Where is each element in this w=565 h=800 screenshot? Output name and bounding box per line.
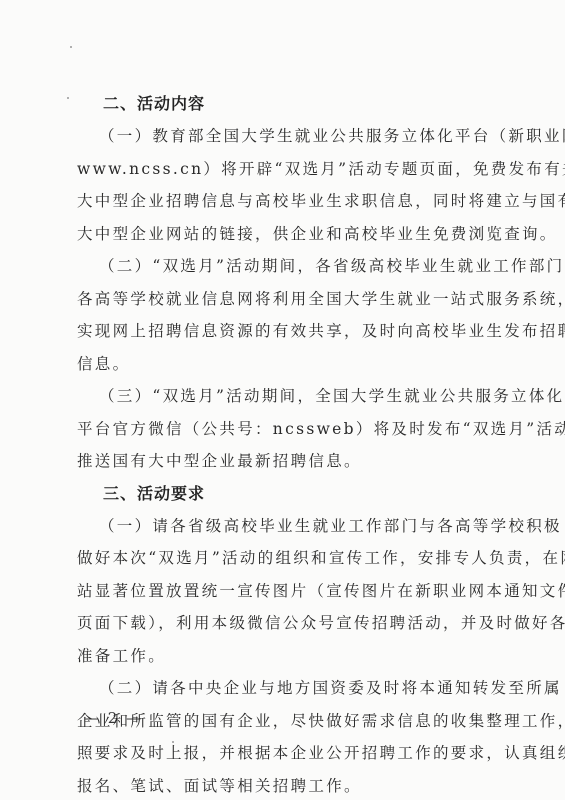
text-line: 大中型企业网站的链接，供企业和高校毕业生免费浏览查询。	[77, 218, 492, 251]
text-line: 准备工作。	[77, 640, 492, 673]
scan-speck	[172, 741, 174, 743]
paragraph-activity-content-1: （一）教育部全国大学生就业公共服务立体化平台（新职业网 www.ncss.cn）…	[77, 120, 492, 250]
text-line: 页面下载），利用本级微信公众号宣传招聘活动，并及时做好各项	[77, 607, 492, 640]
text-line: 站显著位置放置统一宣传图片（宣传图片在新职业网本通知文件	[77, 575, 492, 608]
text-line: 照要求及时上报，并根据本企业公开招聘工作的要求，认真组织好	[77, 737, 492, 770]
text-line: 各高等学校就业信息网将利用全国大学生就业一站式服务系统，	[77, 283, 492, 316]
page-number: — 2 —	[84, 709, 143, 727]
scan-speck	[67, 97, 69, 99]
section-heading-activity-content: 二、活动内容	[77, 88, 492, 120]
text-line: 大中型企业招聘信息与高校毕业生求职信息，同时将建立与国有	[77, 185, 492, 218]
text-line: （二）“双选月”活动期间，各省级高校毕业生就业工作部门、	[77, 250, 492, 283]
text-line: （三）“双选月”活动期间，全国大学生就业公共服务立体化	[77, 380, 492, 413]
scan-speck	[70, 46, 72, 48]
text-line: 平台官方微信（公共号：ncssweb）将及时发布“双选月”活动动态，	[77, 413, 492, 446]
text-line: 推送国有大中型企业最新招聘信息。	[77, 445, 492, 478]
text-line: www.ncss.cn）将开辟“双选月”活动专题页面，免费发布有关国有	[77, 153, 492, 186]
text-line: 做好本次“双选月”活动的组织和宣传工作，安排专人负责，在网	[77, 542, 492, 575]
text-line: （一）教育部全国大学生就业公共服务立体化平台（新职业网	[77, 120, 492, 153]
text-line: （二）请各中央企业与地方国资委及时将本通知转发至所属	[77, 672, 492, 705]
paragraph-activity-requirements-2: （二）请各中央企业与地方国资委及时将本通知转发至所属 企业和所监管的国有企业，尽…	[77, 672, 492, 800]
text-line: 信息。	[77, 348, 492, 381]
paragraph-activity-content-3: （三）“双选月”活动期间，全国大学生就业公共服务立体化 平台官方微信（公共号：n…	[77, 380, 492, 478]
text-line: （一）请各省级高校毕业生就业工作部门与各高等学校积极	[77, 510, 492, 543]
document-page: 二、活动内容 （一）教育部全国大学生就业公共服务立体化平台（新职业网 www.n…	[77, 88, 492, 800]
scan-speck	[491, 197, 493, 199]
paragraph-activity-requirements-1: （一）请各省级高校毕业生就业工作部门与各高等学校积极 做好本次“双选月”活动的组…	[77, 510, 492, 673]
text-line: 实现网上招聘信息资源的有效共享，及时向高校毕业生发布招聘	[77, 315, 492, 348]
section-heading-activity-requirements: 三、活动要求	[77, 478, 492, 510]
paragraph-activity-content-2: （二）“双选月”活动期间，各省级高校毕业生就业工作部门、 各高等学校就业信息网将…	[77, 250, 492, 380]
text-line: 报名、笔试、面试等相关招聘工作。	[77, 770, 492, 800]
